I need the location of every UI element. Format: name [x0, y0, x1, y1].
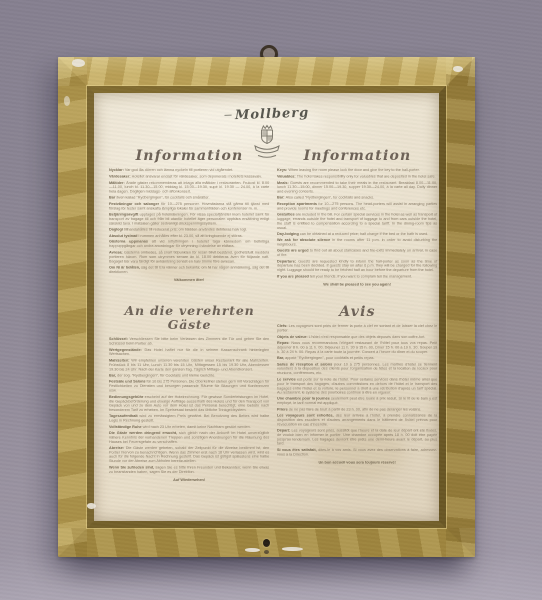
- paragraph-lead: If you are pleased: [277, 274, 310, 279]
- info-paragraph: Départ: Les voyageurs sont priés, aussit…: [277, 428, 437, 446]
- info-paragraph: Le service est porté sur la note de l'hô…: [277, 377, 437, 395]
- paragraph-lead: Salles de réception et salons: [277, 362, 334, 367]
- section-french: Avis Clefs: Les voyageurs sont priés de …: [277, 304, 438, 474]
- info-paragraph: Salles de réception et salons pour 10 à …: [277, 362, 437, 375]
- paragraph-lead: Mahlzeiten:: [109, 358, 131, 363]
- frame-nail-mark: [264, 550, 269, 554]
- paragraph-lead: Keys:: [277, 168, 288, 173]
- paragraph-lead: Värdesaker:: [109, 174, 132, 179]
- info-paragraph: Avresa: Gästerna ombedes, så snart tidpu…: [109, 250, 269, 263]
- paragraph-lead: Clefs:: [277, 324, 289, 329]
- info-paragraph: Festvåningar och salonger för 10—275 per…: [109, 202, 269, 211]
- paragraph-lead: Die Gäste werden dringend ersucht,: [109, 430, 179, 435]
- section-body: Schlüssel: Verschliessen Sie bitte beim …: [109, 337, 269, 482]
- section-title: Information: [277, 148, 438, 164]
- info-paragraph: Keys: When leaving the room please lock …: [277, 168, 437, 172]
- paragraph-lead: Tagesaufenthalt: [109, 413, 139, 418]
- paragraph-lead: Betjäningsavgift: [109, 212, 140, 217]
- info-paragraph: Bar, appelé "Rydbergingen", pour cocktai…: [277, 356, 437, 360]
- info-paragraph: Valuables: The hotel takes responsibilit…: [277, 174, 437, 178]
- paragraph-lead: Bar,: [277, 355, 285, 360]
- frame-gold-band-left: [58, 57, 87, 557]
- paragraph-lead: Le service: [277, 377, 297, 382]
- section-body-wrap: Keys: When leaving the room please lock …: [277, 168, 438, 318]
- info-paragraph: Gästerna uppmanas att vid inflyttningen …: [109, 240, 269, 249]
- paragraph-lead: Objets de valeur:: [277, 334, 309, 339]
- info-paragraph: Wenn Sie zufrieden sind, sagen Sie es bi…: [109, 465, 269, 474]
- frame-chip: [87, 503, 96, 509]
- info-paragraph: Bar, der sog. "Rydbergingen", für Cockta…: [109, 373, 269, 377]
- document-paper: Mollberg Information N: [94, 93, 439, 521]
- section-english: Information Keys: When leaving the room …: [277, 148, 438, 318]
- info-paragraph: Si vous êtes satisfait, dites-le à vos a…: [277, 448, 437, 457]
- paragraph-lead: Abreise:: [109, 445, 126, 450]
- info-paragraph: Nycklar: Var god lås dörren och lämna ny…: [109, 168, 269, 172]
- info-paragraph: Vollständige Ruhe wird nach 23 Uhr erbet…: [109, 424, 269, 428]
- hotel-name-script: Mollberg: [224, 107, 310, 123]
- paragraph-lead: Nycklar:: [109, 168, 125, 173]
- paragraph-lead: Wertgegenstände:: [109, 347, 145, 352]
- section-footer: Auf Wiedersehen!: [109, 477, 269, 481]
- info-paragraph: We ask for absolute silence in the rooms…: [277, 238, 437, 247]
- paragraph-lead: Bar: [109, 195, 116, 200]
- paragraph-lead: Avresa:: [109, 250, 124, 255]
- section-title: Avis: [277, 304, 438, 320]
- paragraph-lead: Om Ni är belåten,: [109, 265, 141, 270]
- info-paragraph: Les voyageurs sont exhortés, dès leur ar…: [277, 413, 437, 426]
- info-paragraph: Festsäle und Salons für 10 bis 275 Perso…: [109, 379, 269, 392]
- paragraph-lead: Festvåningar och salonger: [109, 201, 161, 206]
- section-footer: Välkommen åter!: [109, 278, 269, 282]
- paragraph-lead: Bedienungsgebühr: [109, 394, 145, 399]
- info-paragraph: Abreise: Die Gäste werden gebeten, sobal…: [109, 446, 269, 464]
- info-paragraph: Tagesaufenthalt wird zu ermässigtem Prei…: [109, 414, 269, 423]
- paragraph-lead: Les voyageurs sont exhortés,: [277, 413, 336, 418]
- frame-chip: [245, 548, 260, 552]
- frame-chip: [282, 547, 303, 551]
- paragraph-lead: Gratuities: [277, 212, 296, 217]
- section-footer: We shall be pleased to see you again!: [277, 282, 437, 286]
- info-paragraph: Day-lodging can be obtained at a reduced…: [277, 232, 437, 236]
- info-paragraph: Värdesaker: Hotellet ansvarar endast för…: [109, 174, 269, 178]
- info-paragraph: Meals: Guests are recommended to take th…: [277, 181, 437, 194]
- info-paragraph: Guests are urged to find out all about s…: [277, 249, 437, 258]
- info-paragraph: Betjäningsavgift upptages på hotellräkni…: [109, 212, 269, 225]
- frame-chip: [64, 96, 70, 106]
- paragraph-lead: Gästerna uppmanas: [109, 239, 152, 244]
- section-footer: Un bon accueil vous sera toujours réserv…: [277, 460, 437, 464]
- info-paragraph: Clefs: Les voyageurs sont priés de ferme…: [277, 324, 437, 333]
- info-paragraph: Mahlzeiten: Wir empfehlen unseren verehr…: [109, 358, 269, 371]
- section-title: An die verehrten Gäste: [109, 304, 270, 333]
- paragraph-lead: Absolut tystnad: [109, 233, 139, 238]
- section-body-wrap: Nycklar: Var god lås dörren och lämna ny…: [109, 168, 270, 318]
- section-body: Nycklar: Var god lås dörren och lämna ny…: [109, 168, 269, 282]
- paragraph-lead: Måltider:: [109, 180, 126, 185]
- info-paragraph: Bar även kallad "Rydbergingen", för cock…: [109, 196, 269, 200]
- photo-background: Mollberg Information N: [0, 0, 542, 600]
- frame-nail-hole: [263, 539, 270, 547]
- section-body-wrap: Clefs: Les voyageurs sont priés de ferme…: [277, 324, 438, 474]
- info-paragraph: Wertgegenstände: Das Hotel haftet nur fü…: [109, 347, 269, 356]
- info-paragraph: Schlüssel: Verschliessen Sie bitte beim …: [109, 337, 269, 346]
- info-paragraph: Måltider: Ärade gäster rekommenderas att…: [109, 181, 269, 194]
- section-body: Keys: When leaving the room please lock …: [277, 168, 437, 287]
- info-paragraph: Repas: Nous vous recommandons l'élégant …: [277, 341, 437, 354]
- section-body-wrap: Schlüssel: Verschliessen Sie bitte beim …: [109, 337, 270, 487]
- info-paragraph: Die Gäste werden dringend ersucht, sich …: [109, 431, 269, 444]
- paragraph-lead: Bar,: [109, 373, 117, 378]
- info-paragraph: Om Ni är belåten, säg det till Era vänne…: [109, 265, 269, 274]
- info-paragraph: Bar: Also called "Rydbergingen", for coc…: [277, 196, 437, 200]
- info-paragraph: Absolut tystnad i rummen anhålles efter …: [109, 234, 269, 238]
- info-paragraph: Daglogi tillhandahålles till reducerat p…: [109, 227, 269, 231]
- paragraph-lead: Guests are urged: [277, 248, 310, 253]
- info-paragraph: Une chambre pour la journée seulement pe…: [277, 397, 437, 406]
- info-paragraph: Reception apartments for 10—275 persons.…: [277, 202, 437, 211]
- picture-frame: Mollberg Information N: [58, 57, 475, 557]
- paragraph-lead: Festsäle und Salons: [109, 379, 147, 384]
- paragraph-lead: Une chambre pour la journée: [277, 396, 331, 401]
- info-paragraph: If you are pleased tell your friends, if…: [277, 274, 437, 278]
- floor-light: [0, 552, 542, 600]
- frame-chip: [453, 66, 463, 72]
- paragraph-lead: Valuables:: [277, 174, 297, 179]
- paragraph-lead: We ask for absolute silence: [277, 238, 332, 243]
- frame-gold-band-top: [58, 57, 475, 86]
- paragraph-lead: Meals:: [277, 180, 290, 185]
- paragraph-lead: Si vous êtes satisfait,: [277, 447, 318, 452]
- info-paragraph: Departure: Guests are requested kindly t…: [277, 259, 437, 272]
- info-paragraph: Prière de ne pas faire de bruit à partir…: [277, 407, 437, 411]
- paragraph-lead: Wenn Sie zufrieden sind,: [109, 465, 155, 470]
- paragraph-lead: Bar:: [277, 195, 286, 200]
- info-paragraph: Bedienungsgebühr erscheint auf der Hotel…: [109, 394, 269, 412]
- frame-chip: [72, 59, 85, 67]
- paragraph-lead: Schlüssel:: [109, 336, 129, 341]
- paragraph-lead: Repas:: [277, 340, 291, 345]
- paragraph-lead: Daglogi: [109, 227, 124, 232]
- section-body: Clefs: Les voyageurs sont priés de ferme…: [277, 324, 437, 465]
- section-german: An die verehrten Gäste Schlüssel: Versch…: [109, 304, 270, 487]
- frame-gold-band-right: [446, 57, 475, 557]
- section-swedish: Information Nycklar: Var god lås dörren …: [109, 148, 270, 318]
- paragraph-lead: Vollständige Ruhe: [109, 424, 143, 429]
- paragraph-lead: Départ:: [277, 428, 291, 433]
- info-paragraph: Gratuities are included in the bill. For…: [277, 212, 437, 230]
- section-title: Information: [109, 148, 270, 164]
- frame-inner-lip: Mollberg Information N: [87, 86, 446, 528]
- paragraph-lead: Day-lodging: [277, 231, 300, 236]
- info-paragraph: Objets de valeur: L'hôtel n'est responsa…: [277, 335, 437, 339]
- paragraph-lead: Reception apartments: [277, 201, 318, 206]
- paragraph-lead: Prière: [277, 407, 289, 412]
- paragraph-lead: Departure:: [277, 259, 298, 264]
